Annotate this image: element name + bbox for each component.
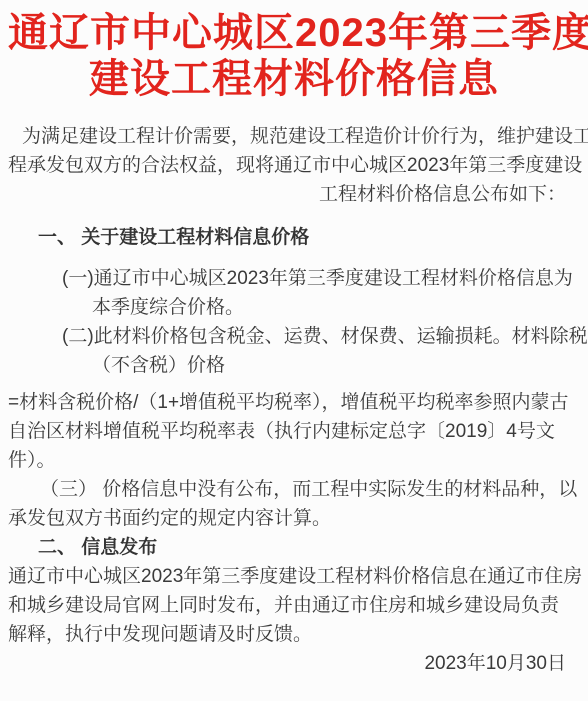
tax-formula-line1: =材料含税价格/（1+增值税平均税率），增值税平均税率参照内蒙古	[8, 388, 580, 417]
tax-formula-paragraph: =材料含税价格/（1+增值税平均税率），增值税平均税率参照内蒙古 自治区材料增值…	[8, 388, 580, 475]
section2-line1: 通辽市中心城区2023年第三季度建设工程材料价格信息在通辽市住房	[8, 562, 580, 591]
section1-item1: (一)通辽市中心城区2023年第三季度建设工程材料价格信息为 本季度综合价格。	[8, 264, 580, 322]
publish-date: 2023年10月30日	[8, 649, 580, 678]
section1-item2: (二)此材料价格包含税金、运费、材保费、运输损耗。材料除税 （不含税）价格	[8, 322, 580, 380]
section1-item1-line2: 本季度综合价格。	[8, 293, 580, 322]
section1-item2-line2: （不含税）价格	[8, 351, 580, 380]
section1-item2-line1: (二)此材料价格包含税金、运费、材保费、运输损耗。材料除税	[8, 322, 580, 351]
section1-heading: 一、 关于建设工程材料信息价格	[8, 223, 580, 252]
document-title: 通辽市中心城区2023年第三季度 建设工程材料价格信息	[8, 10, 580, 102]
document-title-line1: 通辽市中心城区2023年第三季度	[8, 10, 580, 56]
section1-item3-line1: （三） 价格信息中没有公布，而工程中实际发生的材料品种，以	[8, 475, 580, 504]
section1-item3: （三） 价格信息中没有公布，而工程中实际发生的材料品种，以 承发包双方书面约定的…	[8, 475, 580, 533]
section1-item1-line1: (一)通辽市中心城区2023年第三季度建设工程材料价格信息为	[8, 264, 580, 293]
intro-line2: 程承发包双方的合法权益，现将通辽市中心城区2023年第三季度建设	[8, 151, 580, 180]
document-title-line2: 建设工程材料价格信息	[8, 56, 580, 102]
document-page: 通辽市中心城区2023年第三季度 建设工程材料价格信息 为满足建设工程计价需要，…	[0, 0, 588, 701]
tax-formula-line3: 件）。	[8, 446, 580, 475]
tax-formula-line2: 自治区材料增值税平均税率表（执行内建标定总字〔2019〕4号文	[8, 417, 580, 446]
section2-heading: 二、 信息发布	[8, 533, 580, 562]
section2-line3: 解释，执行中发现问题请及时反馈。	[8, 620, 580, 649]
intro-line1: 为满足建设工程计价需要，规范建设工程造价计价行为，维护建设工	[8, 122, 580, 151]
intro-paragraph: 为满足建设工程计价需要，规范建设工程造价计价行为，维护建设工 程承发包双方的合法…	[8, 122, 580, 209]
section2-line2: 和城乡建设局官网上同时发布，并由通辽市住房和城乡建设局负责	[8, 591, 580, 620]
intro-line3: 工程材料价格信息公布如下：	[8, 180, 580, 209]
section2-paragraph: 通辽市中心城区2023年第三季度建设工程材料价格信息在通辽市住房 和城乡建设局官…	[8, 562, 580, 649]
section1-item3-line2: 承发包双方书面约定的规定内容计算。	[8, 504, 580, 533]
